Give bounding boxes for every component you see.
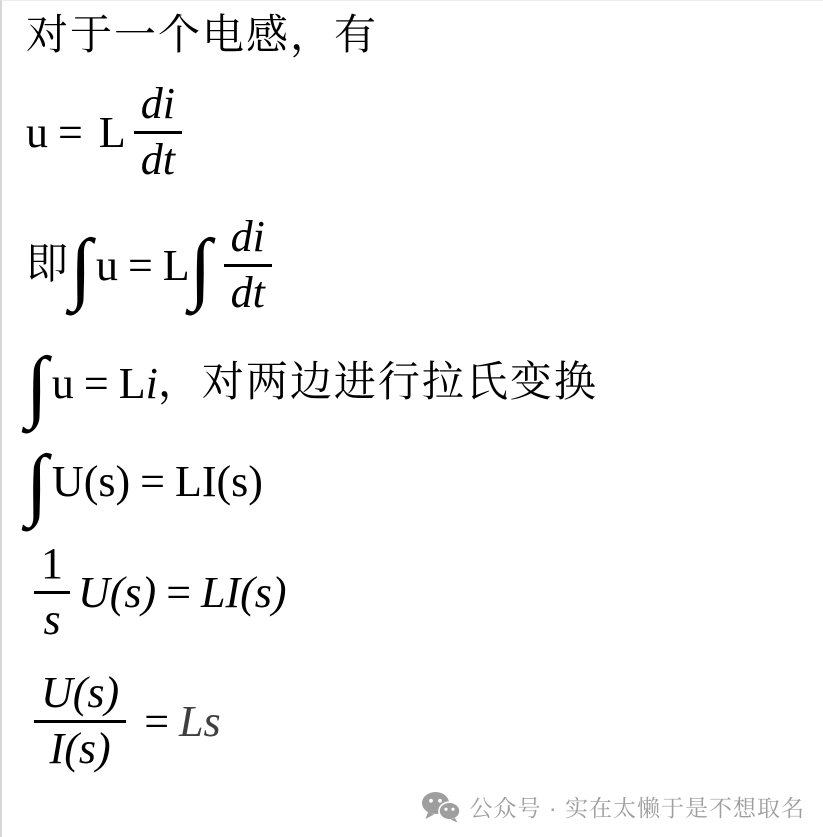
var-i: i	[146, 358, 158, 409]
rhs-LIs: LI(s)	[175, 456, 263, 507]
watermark: 公众号 · 实在太懒于是不想取名	[421, 790, 805, 823]
formula-one-over-s: 1 s U(s) = LI(s)	[26, 536, 823, 648]
prefix-text: 即	[26, 240, 70, 290]
wechat-icon	[421, 791, 461, 823]
suffix-text: ，对两边进行拉氏变换	[158, 358, 598, 408]
formula-integral-both-sides: 即 ∫ u = L ∫ di dt	[26, 215, 823, 315]
equals-sign: =	[144, 696, 169, 747]
equals-sign: =	[84, 358, 109, 409]
lhs-Us: U(s)	[78, 567, 156, 618]
integral-sign: ∫	[26, 450, 52, 518]
intro-text: 对于一个电感，有	[26, 11, 378, 61]
var-u: u	[26, 107, 48, 158]
fraction-numerator: 1	[34, 541, 70, 593]
fraction-denominator: dt	[141, 134, 175, 183]
fraction-1-s: 1 s	[34, 541, 70, 642]
intro-line: 对于一个电感，有	[26, 9, 823, 63]
fraction-numerator: di	[224, 214, 272, 266]
formula-impedance: U(s) I(s) = Ls	[26, 660, 823, 782]
fraction-Us-Is: U(s) I(s)	[34, 670, 126, 771]
fraction-denominator: s	[43, 594, 60, 643]
var-L: L	[99, 107, 126, 158]
integral-sign: ∫	[190, 234, 216, 302]
fraction-denominator: dt	[231, 267, 265, 316]
var-L: L	[163, 240, 190, 291]
formula-laplace-transformed: ∫ U(s) = LI(s)	[26, 441, 823, 521]
fraction-numerator: di	[134, 81, 182, 133]
equals-sign: =	[128, 240, 153, 291]
equals-sign: =	[58, 107, 83, 158]
fraction-di-dt: di dt	[134, 81, 182, 182]
rhs-LIs: LI(s)	[201, 567, 287, 618]
lhs-Us: U(s)	[52, 456, 130, 507]
equals-sign: =	[140, 456, 165, 507]
var-u: u	[96, 240, 118, 291]
formula-integral-u-Li: ∫ u = L i ，对两边进行拉氏变换	[26, 340, 823, 426]
integral-sign: ∫	[26, 352, 52, 420]
document-page: 对于一个电感，有 u = L di dt 即 ∫ u = L ∫ di dt ∫…	[0, 0, 823, 837]
watermark-text: 公众号 · 实在太懒于是不想取名	[470, 790, 805, 823]
fraction-di-dt: di dt	[224, 214, 272, 315]
equals-sign: =	[166, 567, 191, 618]
integral-sign: ∫	[70, 234, 96, 302]
fraction-numerator: U(s)	[34, 670, 126, 722]
fraction-denominator: I(s)	[50, 723, 111, 772]
formula-u-L-didt: u = L di dt	[26, 79, 823, 185]
rhs-Ls: Ls	[179, 696, 221, 747]
var-u: u	[52, 358, 74, 409]
var-L: L	[119, 358, 146, 409]
